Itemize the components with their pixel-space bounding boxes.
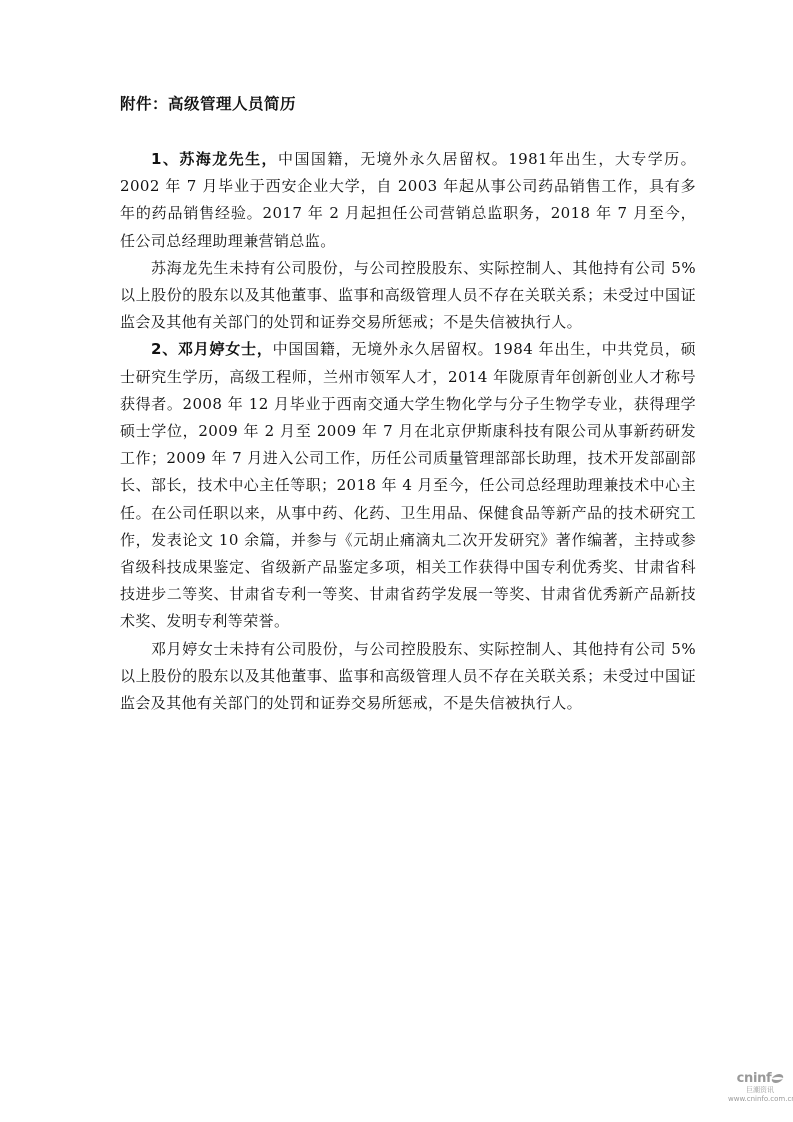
cninf-swirl-icon: [771, 1074, 785, 1083]
cninfo-url: www.cninfo.com.cn: [728, 1095, 792, 1104]
bio-body-2: 中国国籍，无境外永久居留权。1984 年出生，中共党员，硕士研究生学历，高级工程…: [120, 340, 696, 630]
bio-paragraph-2: 2、邓月婷女士，中国国籍，无境外永久居留权。1984 年出生，中共党员，硕士研究…: [120, 336, 696, 635]
bio-paragraph-1: 1、苏海龙先生，中国国籍，无境外永久居留权。1981年出生，大专学历。2002 …: [120, 146, 696, 255]
statement-paragraph-1: 苏海龙先生未持有公司股份，与公司控股股东、实际控制人、其他持有公司 5%以上股份…: [120, 255, 696, 337]
cninfo-chinese-name: 巨潮资讯: [728, 1086, 792, 1095]
document-title: 附件：高级管理人员简历: [120, 92, 696, 116]
cninfo-watermark: cninf 巨潮资讯 www.cninfo.com.cn: [728, 1072, 792, 1104]
cninfo-logo: cninf: [728, 1072, 792, 1086]
bio-name-2: 2、邓月婷女士，: [151, 340, 273, 358]
cninfo-logo-text: cninf: [737, 1071, 772, 1086]
document-page: 附件：高级管理人员简历 1、苏海龙先生，中国国籍，无境外永久居留权。1981年出…: [120, 92, 696, 717]
bio-name-1: 1、苏海龙先生，: [151, 150, 278, 168]
statement-paragraph-2: 邓月婷女士未持有公司股份，与公司控股股东、实际控制人、其他持有公司 5%以上股份…: [120, 636, 696, 718]
